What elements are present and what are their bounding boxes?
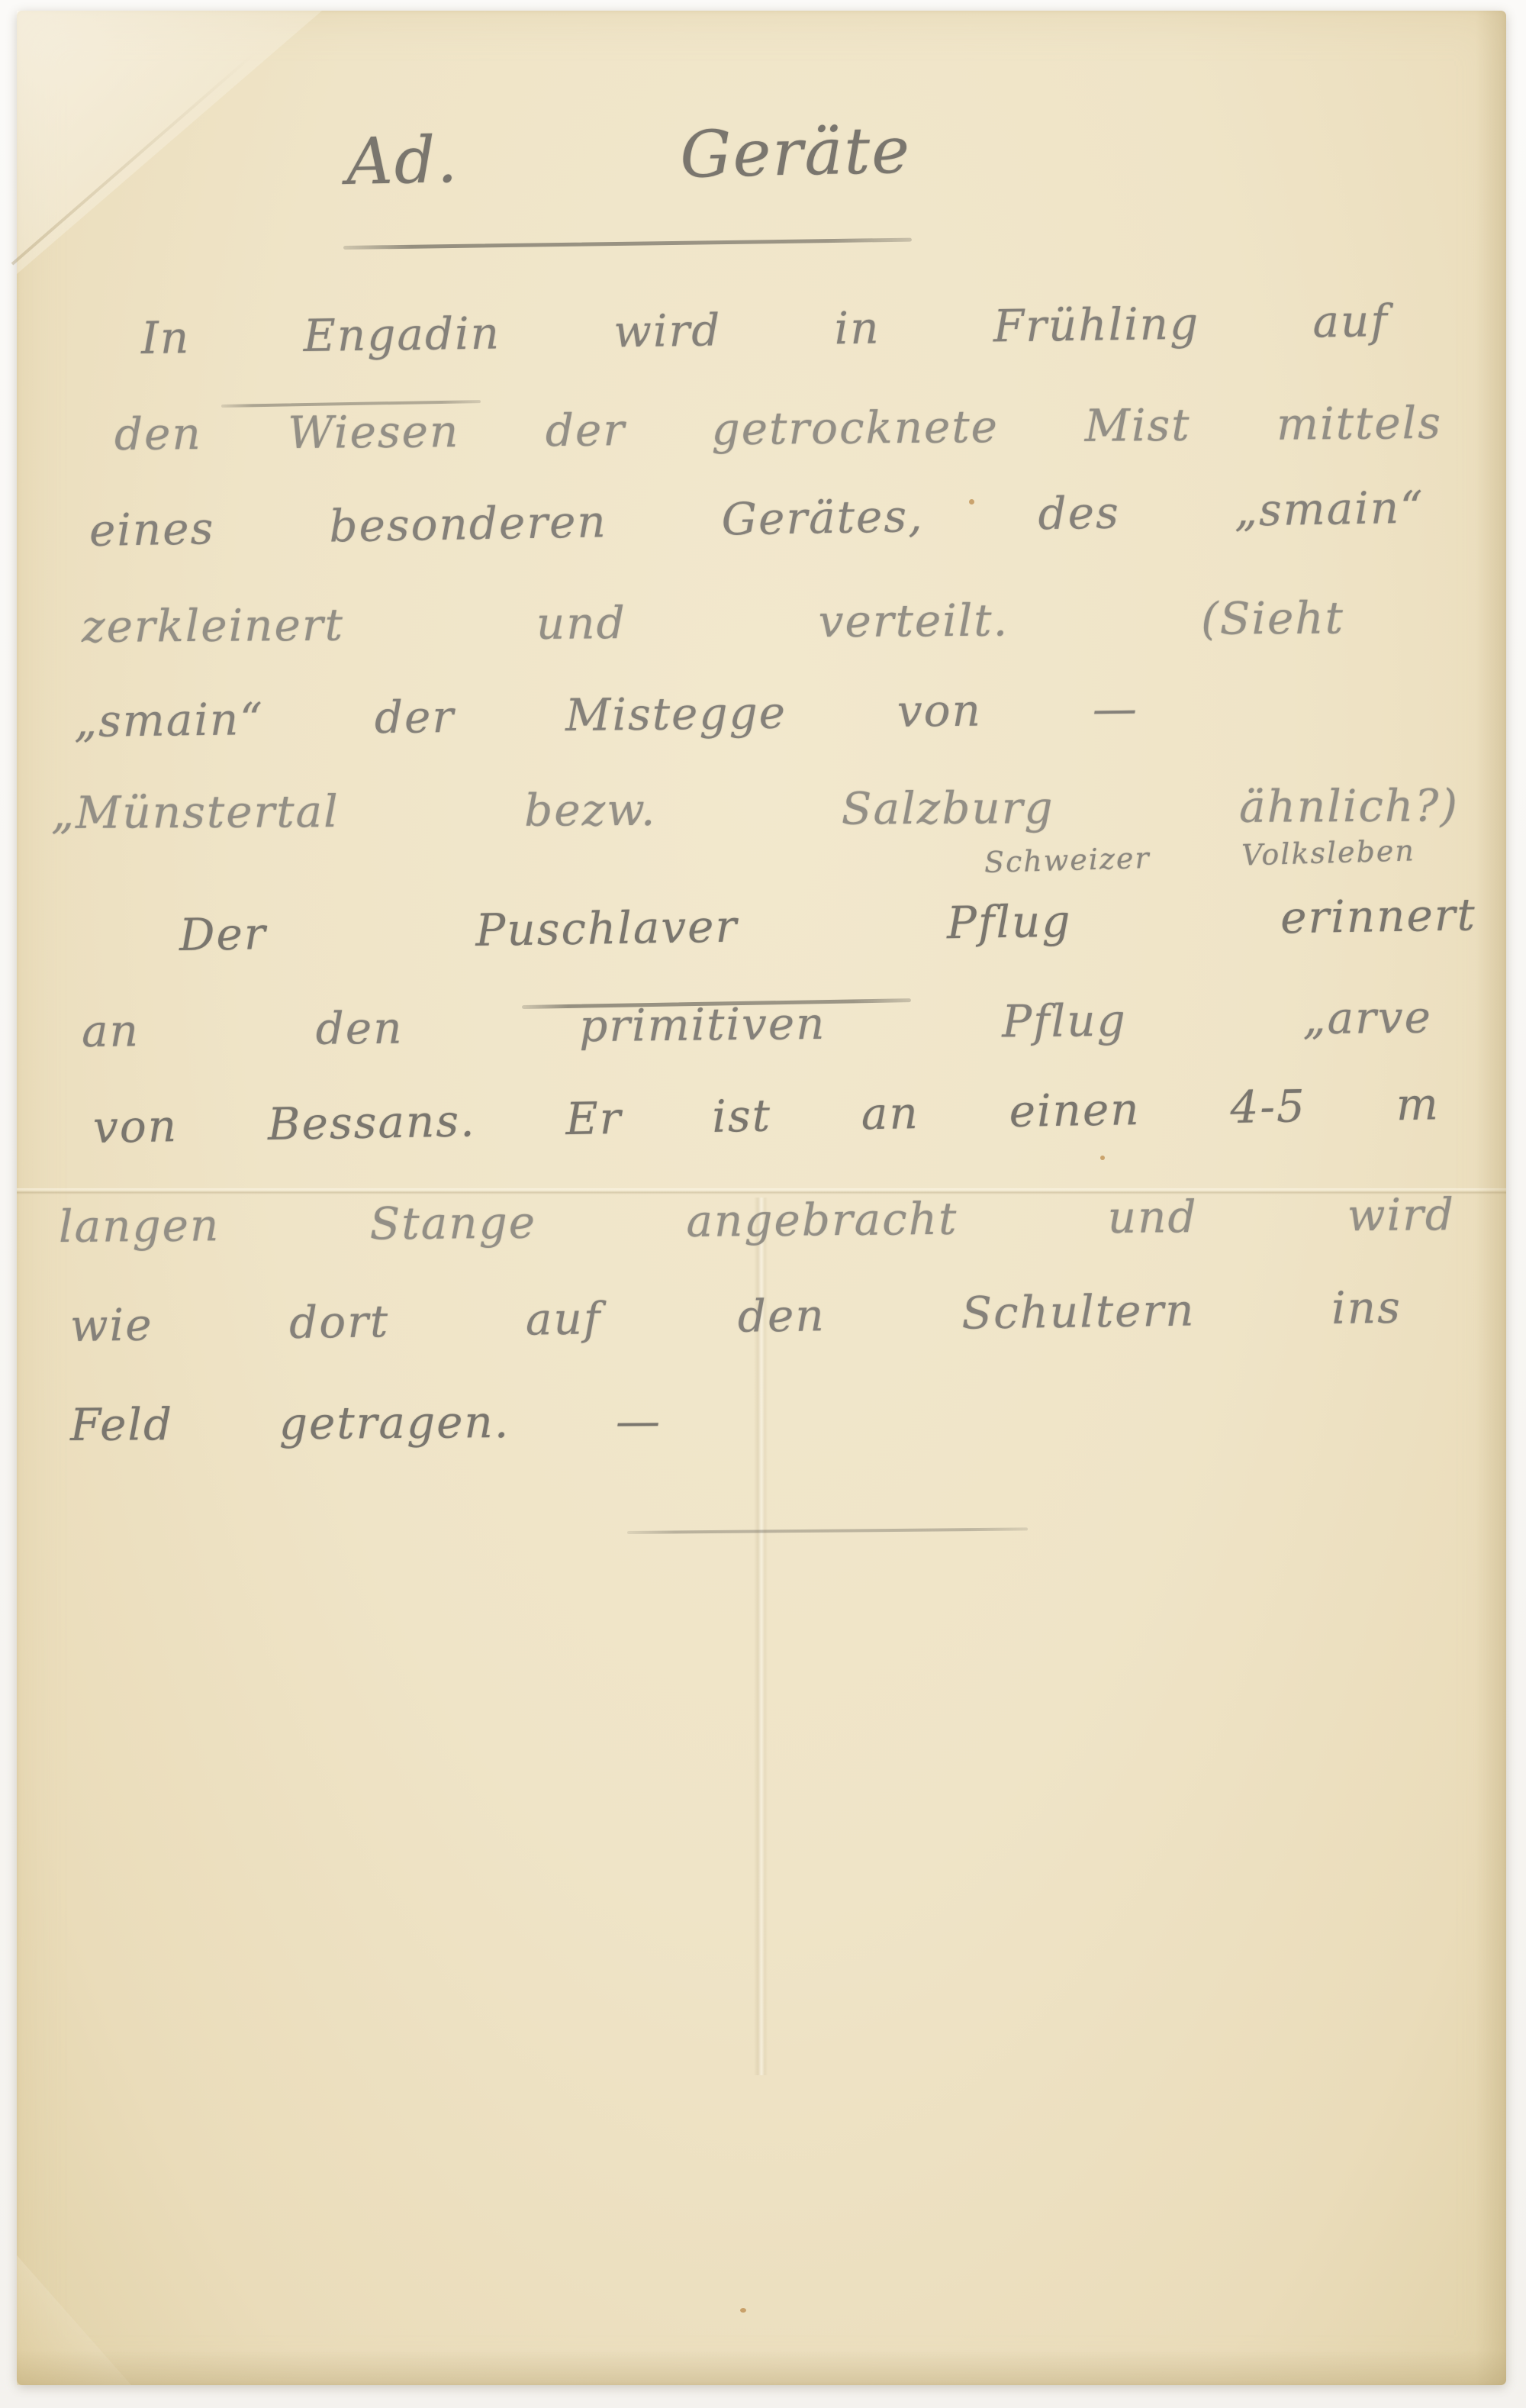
handwritten-line: zerkleinert und verteilt. (Sieht: [82, 594, 1344, 651]
handwritten-line: In Engadin wird in Frühling auf: [141, 297, 1389, 363]
handwritten-line: an den primitiven Pflug „arve: [82, 993, 1433, 1056]
paper-speck: [969, 499, 974, 504]
paper-edge-shading: [1476, 11, 1506, 2385]
marginal-annotation: Schweizer Volksleben: [984, 835, 1415, 879]
handwritten-line: „Münstertal bezw. Salzburg ähnlich?): [51, 782, 1459, 837]
handwritten-line: den Wiesen der getrocknete Mist mittels: [114, 399, 1442, 459]
handwritten-line: eines besonderen Gerätes, des „smain“: [89, 483, 1425, 555]
handwritten-line: Feld getragen. —: [70, 1397, 662, 1450]
paper-edge-shading: [17, 2350, 1506, 2385]
document-title: Ad. Geräte: [346, 115, 912, 198]
paper-speck: [740, 2308, 746, 2313]
closing-rule: [627, 1527, 1028, 1534]
corner-fold-top-left: [17, 11, 322, 274]
handwritten-line: von Bessans. Er ist an einen 4-5 m: [92, 1080, 1440, 1152]
handwritten-line: „smain“ der Mistegge von —: [74, 685, 1139, 746]
title-underline: [343, 238, 912, 250]
handwritten-line: langen Stange angebracht und wird: [59, 1191, 1455, 1252]
handwritten-line: Der Puschlaver Pflug erinnert: [179, 891, 1476, 959]
manuscript-page: Ad. Geräte In Engadin wird in Frühling a…: [17, 11, 1506, 2385]
handwritten-line: wie dort auf den Schultern ins: [70, 1284, 1402, 1351]
paper-speck: [1100, 1156, 1105, 1160]
